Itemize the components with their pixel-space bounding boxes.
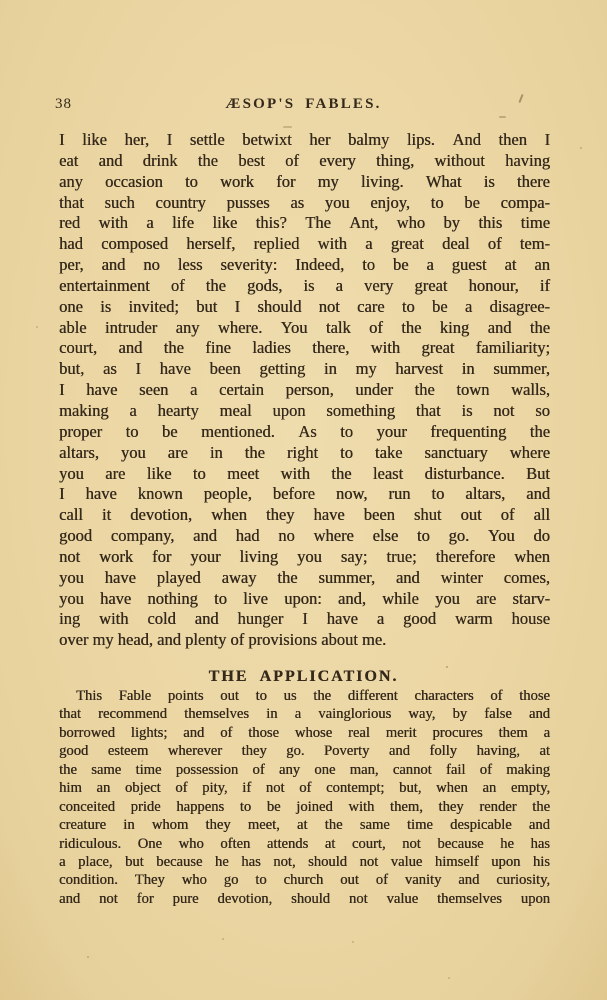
text-line: thesametimepossessionofanyoneman,cannotf… <box>59 762 550 780</box>
scan-speckle <box>141 760 143 762</box>
scan-speckle <box>87 956 89 958</box>
fable-body-paragraph: Ilikeher,Isettlebetwixtherbalmylips.Andt… <box>59 130 550 651</box>
application-heading: THE APPLICATION. <box>0 668 607 686</box>
text-line: but,asIhavebeengettinginmyharvestinsumme… <box>59 359 550 380</box>
text-line: callitdevotion,whentheyhavebeenshutoutof… <box>59 505 550 526</box>
text-line: ingwithcoldandhungerIhaveagoodwarmhouse <box>59 609 550 630</box>
text-line: notworkforyourlivingyousay;true;therefor… <box>59 547 550 568</box>
text-line: condition.Theywhogotochurchoutofvanityan… <box>59 872 550 890</box>
text-line: altars,youareintherighttotakesanctuarywh… <box>59 443 550 464</box>
running-title: ÆSOP'S FABLES. <box>0 96 607 113</box>
text-line: himanobjectofpity,ifnotofcontempt;but,wh… <box>59 780 550 798</box>
scan-speckle <box>448 977 450 979</box>
text-line: oneisinvited;butIshouldnotcaretobeadisag… <box>59 297 550 318</box>
text-line: ableintruderanywhere.Youtalkofthekingand… <box>59 318 550 339</box>
text-line: thatsuchcountrypussesasyouenjoy,tobecomp… <box>59 193 550 214</box>
text-line: andnotforpuredevotion,shouldnotvaluethem… <box>59 891 550 909</box>
text-line: conceitedpridehappenstobejoinedwiththem,… <box>59 799 550 817</box>
text-line: entertainmentofthegods,isaverygreathonou… <box>59 276 550 297</box>
scan-speckle <box>222 938 224 940</box>
book-page: 38 ÆSOP'S FABLES. Ilikeher,Isettlebetwix… <box>0 0 607 1000</box>
text-line: court,andthefineladiesthere,withgreatfam… <box>59 338 550 359</box>
text-line: aplace,butbecausehehasnot,shouldnotvalue… <box>59 854 550 872</box>
scan-stray-mark <box>283 126 292 128</box>
application-paragraph: ThisFablepointsouttousthedifferentcharac… <box>59 688 550 909</box>
text-line: Ilikeher,Isettlebetwixtherbalmylips.Andt… <box>59 130 550 151</box>
scan-speckle <box>352 941 354 943</box>
text-line: borrowedlights;andofthosewhoserealmeritp… <box>59 725 550 743</box>
text-line: anyoccasiontoworkformyliving.Whatisthere <box>59 172 550 193</box>
scan-speckle <box>446 666 448 668</box>
text-line: per,andnolessseverity:Indeed,tobeaguesta… <box>59 255 550 276</box>
running-head: 38 ÆSOP'S FABLES. <box>0 96 607 114</box>
text-line: goodcompany,andhadnowhereelsetogo.Youdo <box>59 526 550 547</box>
text-line: youhaveplayedawaythesummer,andwintercome… <box>59 568 550 589</box>
text-line: Ihaveknownpeople,beforenow,runtoaltars,a… <box>59 484 550 505</box>
scan-speckle <box>36 326 38 328</box>
text-line: youareliketomeetwiththeleastdisturbance.… <box>59 464 550 485</box>
text-line: ridiculous.Onewhooftenattendsatcourt,not… <box>59 836 550 854</box>
text-line: makingaheartymealuponsomethingthatisnots… <box>59 401 550 422</box>
text-line: Ihaveseenacertainperson,underthetownwall… <box>59 380 550 401</box>
text-line: redwithalifelikethis?TheAnt,whobythistim… <box>59 213 550 234</box>
text-line: eatanddrinkthebestofeverything,withoutha… <box>59 151 550 172</box>
text-line: over my head, and plenty of provisions a… <box>59 630 550 651</box>
text-line: ThisFablepointsouttousthedifferentcharac… <box>59 688 550 706</box>
scan-stray-mark <box>499 116 506 118</box>
text-line: youhavenothingtoliveupon:and,whileyouare… <box>59 589 550 610</box>
text-line: hadcomposedherself,repliedwithagreatdeal… <box>59 234 550 255</box>
text-line: thatrecommendthemselvesinavaingloriouswa… <box>59 706 550 724</box>
text-line: goodesteemwherevertheygo.Povertyandfolly… <box>59 743 550 761</box>
text-line: propertobementioned.Astoyourfrequentingt… <box>59 422 550 443</box>
text-line: creatureinwhomtheymeet,atthesametimedesp… <box>59 817 550 835</box>
scan-speckle <box>580 147 582 149</box>
